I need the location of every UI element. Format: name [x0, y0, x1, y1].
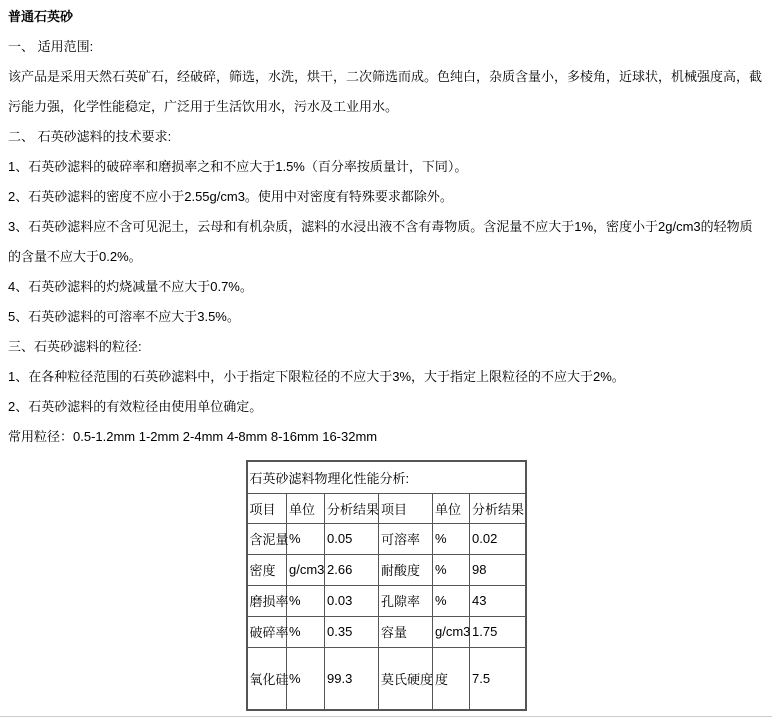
- table-cell: 磨损率: [247, 585, 287, 616]
- table-row: 破碎率 % 0.35 容量 g/cm3 1.75: [247, 616, 526, 647]
- list-item: 3、石英砂滤料应不含可见泥土，云母和有机杂质，滤料的水浸出液不含有毒物质。含泥量…: [8, 212, 764, 272]
- table-header-cell: 项目: [247, 493, 287, 523]
- section-heading-2: 二、 石英砂滤料的技术要求:: [8, 122, 764, 152]
- table-cell: %: [287, 585, 325, 616]
- table-cell: 99.3: [325, 647, 379, 710]
- section-heading-1: 一、 适用范围:: [8, 32, 764, 62]
- properties-table: 石英砂滤料物理化性能分析: 项目 单位 分析结果 项目 单位 分析结果 含泥量 …: [246, 460, 527, 711]
- table-cell: 2.66: [325, 554, 379, 585]
- table-header-row: 项目 单位 分析结果 项目 单位 分析结果: [247, 493, 526, 523]
- table-header-cell: 项目: [379, 493, 433, 523]
- table-cell: %: [287, 616, 325, 647]
- table-header-cell: 单位: [287, 493, 325, 523]
- common-sizes-line: 常用粒径：0.5-1.2mm 1-2mm 2-4mm 4-8mm 8-16mm …: [8, 422, 764, 452]
- table-cell: %: [433, 585, 470, 616]
- document-content: 普通石英砂 一、 适用范围: 该产品是采用天然石英矿石，经破碎，筛选，水洗，烘干…: [0, 0, 772, 711]
- table-cell: g/cm3: [433, 616, 470, 647]
- table-cell: %: [433, 523, 470, 554]
- table-cell: 含泥量: [247, 523, 287, 554]
- table-header-cell: 分析结果: [325, 493, 379, 523]
- body-paragraph: 该产品是采用天然石英矿石，经破碎，筛选，水洗，烘干，二次筛选而成。色纯白，杂质含…: [8, 62, 764, 122]
- table-title: 石英砂滤料物理化性能分析:: [247, 461, 526, 493]
- table-row: 含泥量 % 0.05 可溶率 % 0.02: [247, 523, 526, 554]
- list-item: 1、在各种粒径范围的石英砂滤料中，小于指定下限粒径的不应大于3%，大于指定上限粒…: [8, 362, 764, 392]
- list-item: 2、石英砂滤料的有效粒径由使用单位确定。: [8, 392, 764, 422]
- table-row: 磨损率 % 0.03 孔隙率 % 43: [247, 585, 526, 616]
- table-cell: 43: [470, 585, 526, 616]
- table-cell: 可溶率: [379, 523, 433, 554]
- table-cell: 密度: [247, 554, 287, 585]
- table-cell: 度: [433, 647, 470, 710]
- table-cell: 容量: [379, 616, 433, 647]
- table-title-row: 石英砂滤料物理化性能分析:: [247, 461, 526, 493]
- table-cell: 0.05: [325, 523, 379, 554]
- document-page: 普通石英砂 一、 适用范围: 该产品是采用天然石英矿石，经破碎，筛选，水洗，烘干…: [0, 0, 772, 722]
- table-cell: 破碎率: [247, 616, 287, 647]
- table-row: 氧化硅 % 99.3 莫氏硬度 度 7.5: [247, 647, 526, 710]
- table-cell: %: [287, 647, 325, 710]
- table-cell: 7.5: [470, 647, 526, 710]
- table-cell: 莫氏硬度: [379, 647, 433, 710]
- table-cell: %: [287, 523, 325, 554]
- table-cell: 耐酸度: [379, 554, 433, 585]
- section-heading-3: 三、石英砂滤料的粒径:: [8, 332, 764, 362]
- table-cell: 98: [470, 554, 526, 585]
- bottom-divider: [0, 716, 772, 717]
- list-item: 2、石英砂滤料的密度不应小于2.55g/cm3。使用中对密度有特殊要求都除外。: [8, 182, 764, 212]
- table-cell: g/cm3: [287, 554, 325, 585]
- table-cell: 氧化硅: [247, 647, 287, 710]
- table-cell: 0.02: [470, 523, 526, 554]
- list-item: 4、石英砂滤料的灼烧减量不应大于0.7%。: [8, 272, 764, 302]
- doc-title: 普通石英砂: [8, 2, 764, 32]
- table-cell: 0.03: [325, 585, 379, 616]
- table-header-cell: 单位: [433, 493, 470, 523]
- table-row: 密度 g/cm3 2.66 耐酸度 % 98: [247, 554, 526, 585]
- table-header-cell: 分析结果: [470, 493, 526, 523]
- table-cell: %: [433, 554, 470, 585]
- table-cell: 0.35: [325, 616, 379, 647]
- table-cell: 1.75: [470, 616, 526, 647]
- list-item: 5、石英砂滤料的可溶率不应大于3.5%。: [8, 302, 764, 332]
- table-cell: 孔隙率: [379, 585, 433, 616]
- list-item: 1、石英砂滤料的破碎率和磨损率之和不应大于1.5%（百分率按质量计，下同）。: [8, 152, 764, 182]
